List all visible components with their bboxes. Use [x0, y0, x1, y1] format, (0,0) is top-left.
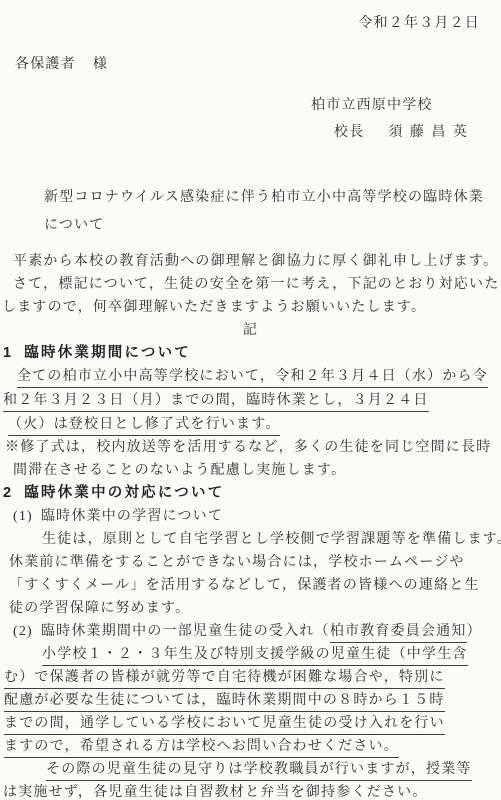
acceptance-line-3: 配慮が必要な生徒については，臨時休業期間中の８時から１５時 — [0, 689, 501, 712]
subsection2-heading-main: 臨時休業期間中の一部児童生徒の受入れ（ — [41, 624, 330, 639]
subject-line-1: 新型コロナウイルス感染症に伴う柏市立小中高等学校の臨時休業 — [0, 186, 501, 209]
intro-line-2: さて，標記について，生徒の安全を第一に考え，下記のとおり対応いた — [0, 273, 501, 296]
section2-heading-text: 臨時休業中の対応について — [24, 485, 224, 501]
closure-period-line-1: 全ての柏市立小中高等学校において，令和２年３月４日（水）から令 — [0, 365, 501, 388]
section2-heading: 2臨時休業中の対応について — [0, 482, 501, 505]
section1-heading: 1臨時休業期間について — [0, 342, 501, 365]
ki-marker: 記 — [0, 319, 501, 342]
acceptance-line-1: 小学校１・２・３年生及び特別支援学級の児童生徒（中学生含 — [0, 643, 501, 666]
acceptance-line-4: までの間，通学している学校において児童生徒の受け入れを行い — [0, 712, 501, 735]
intro-line-3: しますので，何卒御理解いただきますようお願いいたします。 — [0, 296, 501, 319]
subsection2-heading-underlined: 柏市教育委員会通知 — [330, 624, 467, 643]
recipient: 各保護者 — [15, 57, 76, 72]
document-date: 令和２年３月２日 — [0, 12, 501, 35]
subsection1-heading-text: 臨時休業中の学習について — [41, 509, 223, 524]
study-line-2: 休業前に準備をすることができない場合には，学校ホームページや — [0, 551, 501, 574]
section2-number: 2 — [0, 485, 13, 501]
study-line-1: 生徒は，原則として自宅学習とし学校側で学習課題等を準備します。 — [0, 528, 501, 551]
study-line-3: 「すくすくメール」を活用するなどして，保護者の皆様への連絡と生 — [0, 574, 501, 597]
honorific: 様 — [93, 57, 108, 72]
closure-period-line-2: 和２年３月２３日（月）までの間，臨時休業とし，３月２４日 — [0, 389, 501, 412]
principal-line: 校長須 藤 昌 英 — [0, 121, 501, 144]
closure-period-line-3: （火）は登校日とし修了式を行います。 — [0, 413, 501, 436]
study-line-4: 徒の学習保障に努めます。 — [0, 597, 501, 620]
recipient-line: 各保護者様 — [0, 53, 501, 76]
ceremony-note-line-2: 間滞在させることのないよう配慮し実施します。 — [0, 459, 501, 482]
principal-name: 須 藤 昌 英 — [388, 125, 469, 140]
acceptance-line-2: む）で保護者の皆様が就労等で自宅待機が困難な場合や，特別に — [0, 666, 501, 689]
supervision-line-2: は実施せず，各児童生徒は自習教材と弁当を御持参ください。 — [0, 781, 501, 800]
section1-number: 1 — [0, 345, 13, 361]
subsection2-label: (2) — [13, 624, 33, 639]
ceremony-note-line-1: ※修了式は，校内放送等を活用するなど，多くの生徒を同じ空間に長時 — [0, 436, 501, 459]
subsection2-heading: (2)臨時休業期間中の一部児童生徒の受入れ（柏市教育委員会通知） — [0, 620, 501, 643]
acceptance-line-5: ますので，希望される方は学校へお問い合わせください。 — [0, 735, 501, 758]
school-name: 柏市立西原中学校 — [0, 94, 501, 117]
intro-line-1: 平素から本校の教育活動への御理解と御協力に厚く御礼申し上げます。 — [0, 250, 501, 273]
subsection1-label: (1) — [13, 509, 33, 524]
subsection2-heading-close: ） — [467, 624, 482, 639]
letter-document: 令和２年３月２日 各保護者様 柏市立西原中学校 校長須 藤 昌 英 新型コロナウ… — [0, 0, 501, 800]
subject-line-2: について — [0, 214, 501, 237]
supervision-line-1: その際の児童生徒の見守りは学校教職員が行いますが，授業等 — [0, 758, 501, 781]
subsection1-heading: (1)臨時休業中の学習について — [0, 505, 501, 528]
principal-title: 校長 — [334, 125, 364, 140]
section1-heading-text: 臨時休業期間について — [24, 345, 191, 361]
